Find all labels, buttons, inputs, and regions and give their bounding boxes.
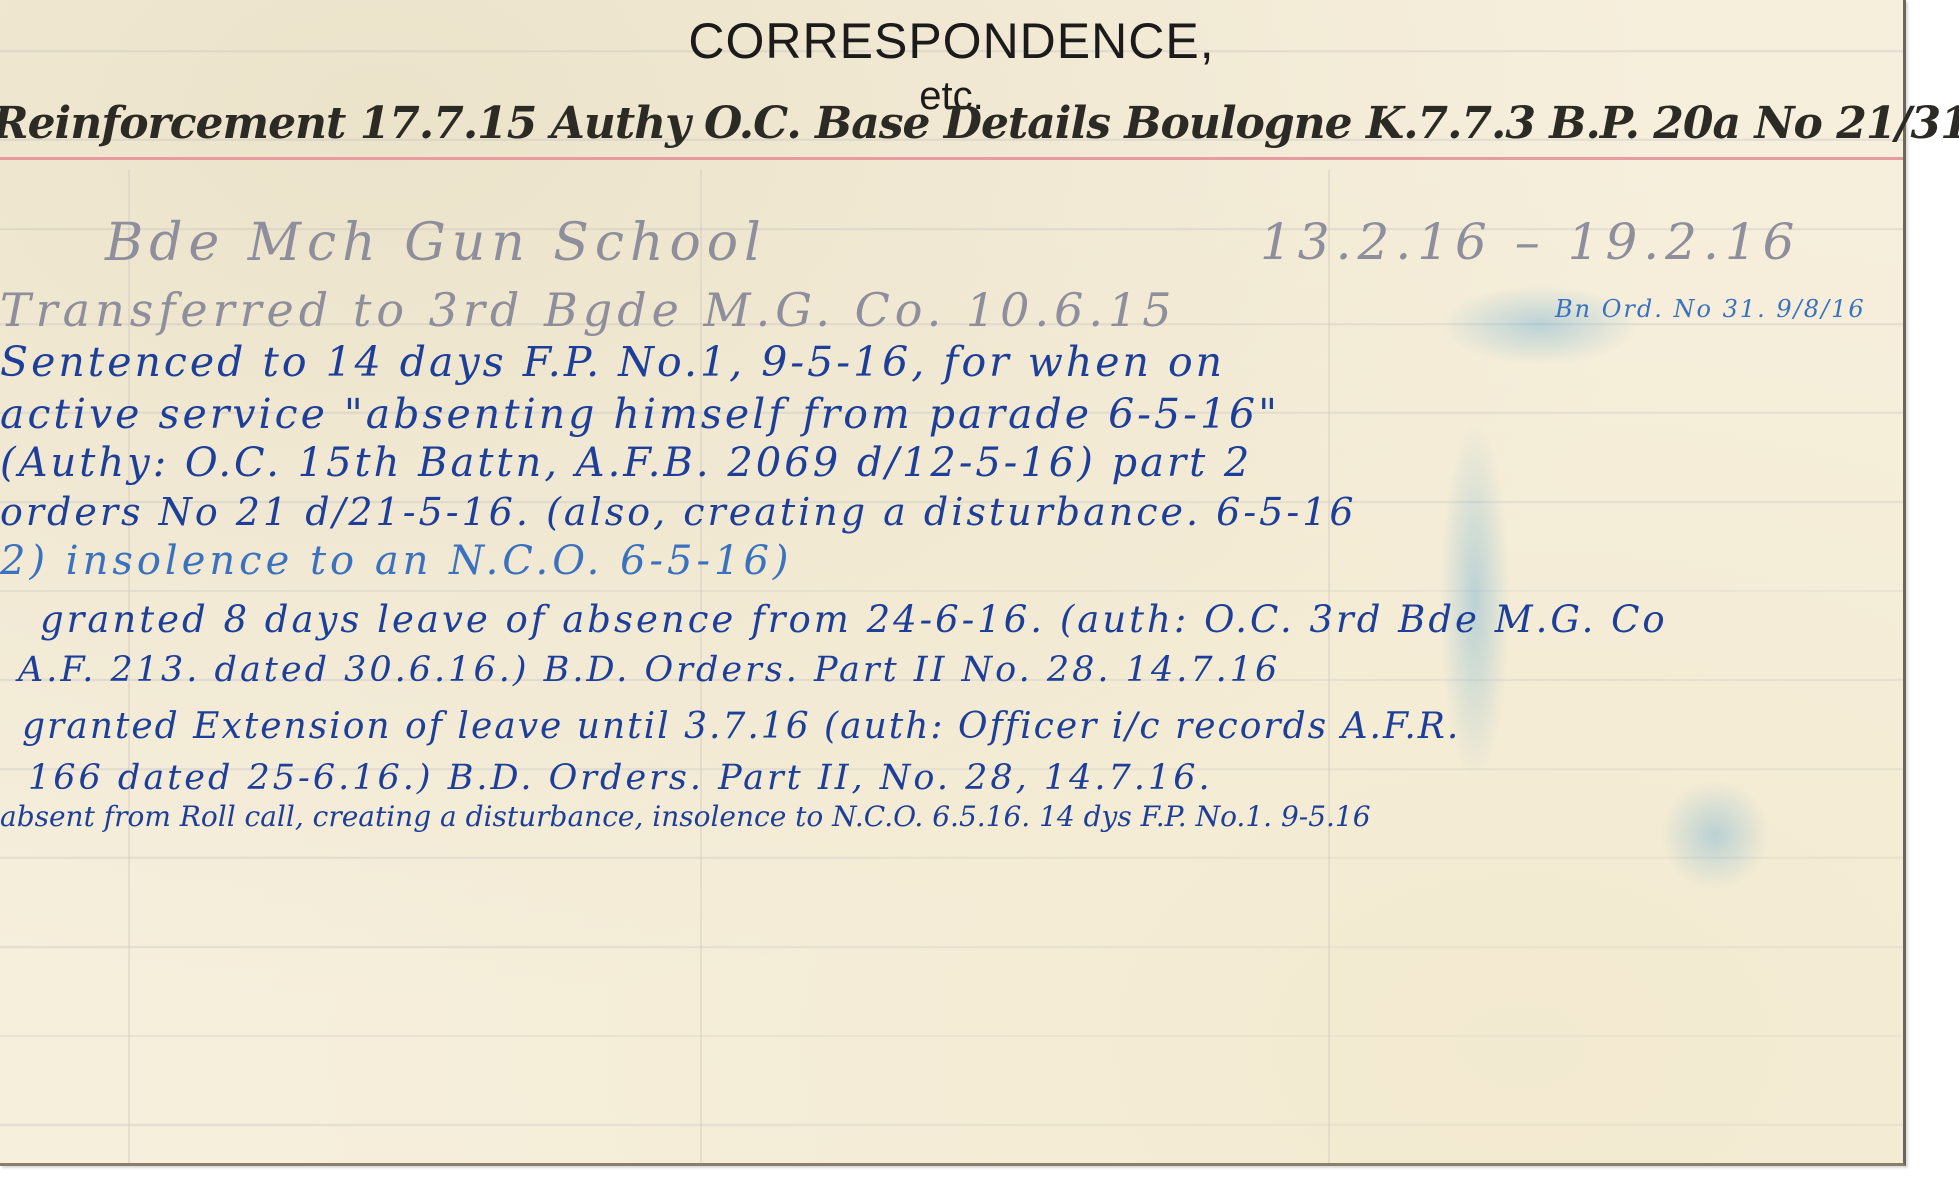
entry-transferred-annotation: Bn Ord. No 31. 9/8/16 (1555, 295, 1866, 323)
card-title: CORRESPONDENCE, (0, 12, 1903, 70)
entry-sentenced-line-4: orders No 21 d/21-5-16. (also, creating … (0, 490, 1357, 534)
entry-sentenced-line-3: (Authy: O.C. 15th Battn, A.F.B. 2069 d/1… (0, 440, 1252, 486)
ruled-column-line (1328, 170, 1330, 1163)
entry-mg-school-dates: 13.2.16 – 19.2.16 (1260, 213, 1800, 271)
entry-transferred: Transferred to 3rd Bgde M.G. Co. 10.6.15 (0, 283, 1177, 337)
entry-leave-line-1: granted 8 days leave of absence from 24-… (40, 598, 1668, 641)
entry-mg-school: Bde Mch Gun School (105, 213, 767, 273)
entry-sentenced-line-1: Sentenced to 14 days F.P. No.1, 9-5-16, … (0, 338, 1225, 386)
red-header-rule (0, 157, 1903, 160)
entry-reinforcement: Reinforcement 17.7.15 Authy O.C. Base De… (0, 98, 1959, 149)
entry-summary: absent from Roll call, creating a distur… (0, 800, 1371, 833)
entry-extension-line-2: 166 dated 25-6.16.) B.D. Orders. Part II… (28, 758, 1213, 798)
entry-leave-line-2: A.F. 213. dated 30.6.16.) B.D. Orders. P… (18, 650, 1280, 690)
ink-smudge (1660, 780, 1770, 890)
service-record-card: CORRESPONDENCE, etc. Reinforcement 17.7.… (0, 0, 1906, 1166)
entry-extension-line-1: granted Extension of leave until 3.7.16 … (22, 706, 1460, 747)
entry-sentenced-line-2: active service "absenting himself from p… (0, 390, 1280, 438)
entry-sentenced-line-5: 2) insolence to an N.C.O. 6-5-16) (0, 538, 793, 584)
